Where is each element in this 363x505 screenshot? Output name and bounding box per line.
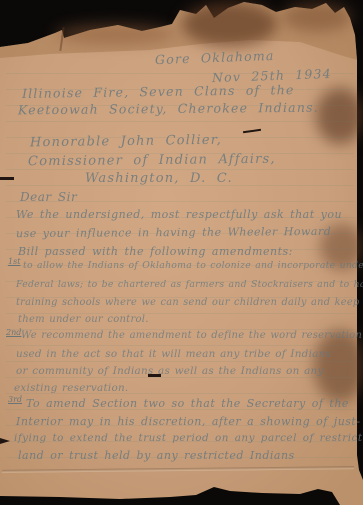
amendment-3-line-2: Interior may in his discretion, after a … <box>16 416 361 427</box>
amendment-2-marker: 2nd <box>6 328 21 337</box>
recipient-title: Comissioner of Indian Affairs, <box>28 153 276 169</box>
photograph-of-letter: Gore Oklahoma Nov 25th 1934 Illinoise Fi… <box>0 0 363 505</box>
amendment-1-marker: 1st <box>8 257 20 266</box>
amendment-2-line-3: or community of Indians as well as the I… <box>16 366 324 376</box>
letter-org-line-2: Keetoowah Society, Cherokee Indians. <box>18 102 319 117</box>
recipient-city: Washington, D. C. <box>85 172 233 185</box>
opening-line-2: use your influence in having the Wheeler… <box>16 226 331 239</box>
opening-line-1: We the undersigned, most respectfully as… <box>16 209 342 220</box>
amendment-2-line-1: We recommend the amendment to define the… <box>21 331 362 341</box>
amendment-1-line-1: to allow the Indians of Oklahoma to colo… <box>23 261 363 270</box>
opening-line-3: Bill passed with the following amendment… <box>18 246 293 257</box>
recipient-name: Honorable John Collier, <box>30 134 222 150</box>
amendment-2-line-2: used in the act so that it will mean any… <box>16 349 331 359</box>
amendment-1-line-2: Federal laws; to be chartered as farmers… <box>16 280 363 289</box>
amendment-2-line-4: existing reservation. <box>14 383 128 393</box>
salutation: Dear Sir <box>20 191 77 203</box>
amendment-3-marker: 3rd <box>8 395 22 404</box>
amendment-3-line-1: To amend Section two so that the Secreta… <box>26 398 349 409</box>
amendment-1-line-3: training schools where we can send our c… <box>16 298 359 308</box>
amendment-3-line-4: land or trust held by any restricted Ind… <box>18 450 295 461</box>
amendment-1-line-4: them under our control. <box>18 315 149 325</box>
amendment-3-line-3: ifying to extend the trust period on any… <box>14 433 363 443</box>
